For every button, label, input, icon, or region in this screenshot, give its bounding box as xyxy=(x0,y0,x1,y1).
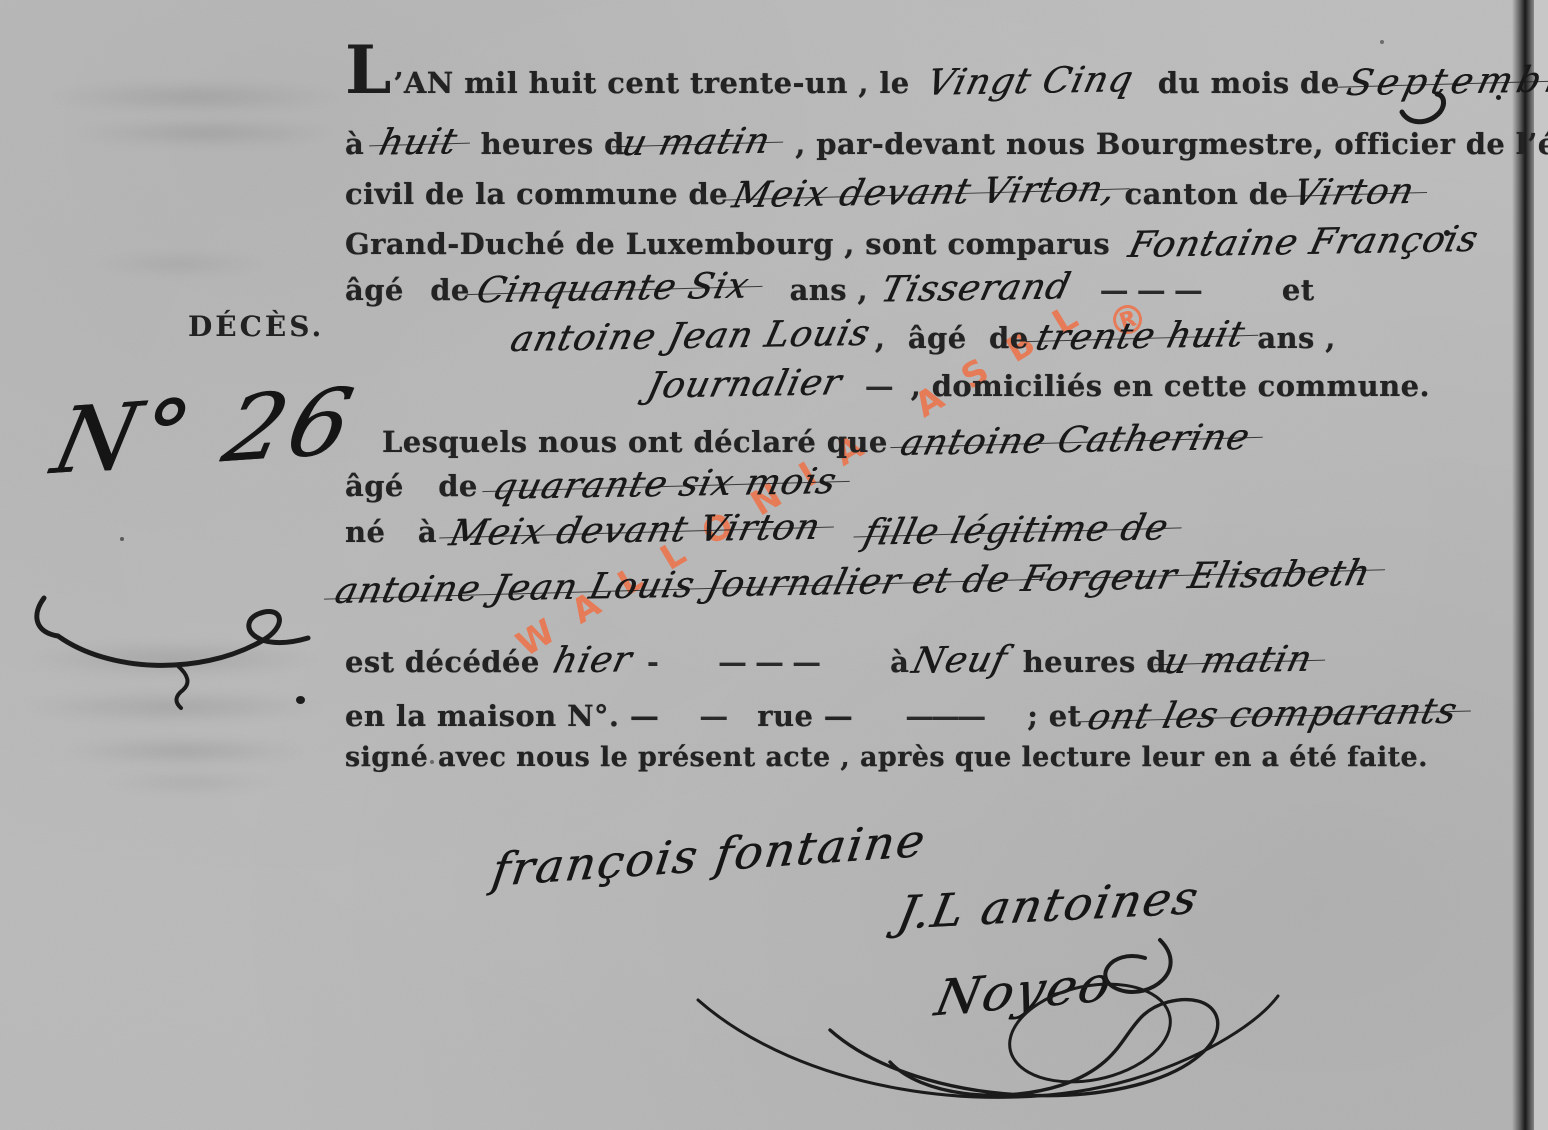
handwritten-commune: Meix devant Virton, xyxy=(728,169,1120,217)
ink-speck xyxy=(296,696,305,704)
adjacent-page-sliver xyxy=(1534,0,1548,1130)
bleed-through-ghost xyxy=(20,690,330,724)
printed-segment: âgé de xyxy=(345,273,470,307)
form-line-11: antoine Jean Louis Journalier et de Forg… xyxy=(338,562,1368,603)
printed-segment: ’AN mil huit cent trente-un , le xyxy=(393,66,909,100)
printed-segment: , par-devant nous Bourgmestre, officier … xyxy=(795,127,1548,161)
handwritten-birthplace: Meix devant Virton xyxy=(446,507,825,554)
form-line-6: antoine Jean Louis , âgé de trente huit … xyxy=(512,316,1336,357)
printed-segment: est décédée xyxy=(345,645,540,679)
form-line-2: à huit heures d u matin , par-devant nou… xyxy=(345,122,1548,163)
handwritten-profession-1: Tisserand xyxy=(877,266,1075,310)
ink-speck xyxy=(120,537,124,541)
page-edge-shadow xyxy=(1512,0,1536,1130)
blank-filler-dash: — — — xyxy=(1100,273,1202,307)
printed-segment: ans , xyxy=(790,273,868,307)
form-line-5: âgé de Cinquante Six ans , Tisserand — —… xyxy=(345,268,1315,309)
printed-segment: heures d xyxy=(481,127,625,161)
act-number-handwritten: N° 26 xyxy=(44,368,365,495)
printed-segment: Grand-Duché de Luxembourg , sont comparu… xyxy=(345,227,1110,261)
form-line-10: né à Meix devant Virton fille légitime d… xyxy=(345,510,1167,551)
handwritten-comparants: ont les comparants xyxy=(1084,691,1462,738)
form-line-8: Lesquels nous ont déclaré que antoine Ca… xyxy=(382,420,1248,461)
signature-francois-fontaine: françois fontaine xyxy=(489,813,930,897)
handwritten-age-2: trente huit xyxy=(1031,314,1248,359)
form-line-12: est décédée hier - — — — à Neuf heures d… xyxy=(345,640,1311,681)
form-line-14: signé avec nous le présent acte , après … xyxy=(345,742,1428,773)
printed-segment: né à xyxy=(345,515,437,549)
signature-bourgmestre: Noyeo xyxy=(930,955,1117,1028)
handwritten-declarant-2: antoine Jean Louis xyxy=(506,313,874,360)
handwritten-month: Septembre xyxy=(1342,59,1548,104)
printed-segment: , âgé de xyxy=(875,321,1029,355)
blank-filler-dash: — xyxy=(699,699,727,733)
blank-filler-dash: — xyxy=(865,369,893,403)
bleed-through-ghost xyxy=(70,118,340,148)
blank-filler-dash: - xyxy=(647,645,658,679)
handwritten-hour: huit xyxy=(375,121,461,163)
handwritten-deceased-name: antoine Catherine xyxy=(896,417,1253,464)
form-line-9: âgé de quarante six mois xyxy=(345,464,835,505)
handwritten-day: Vingt Cinq xyxy=(922,59,1137,104)
handwritten-canton: Virton xyxy=(1289,171,1418,214)
form-line-4: Grand-Duché de Luxembourg , sont comparu… xyxy=(345,222,1477,263)
bleed-through-ghost xyxy=(25,640,325,678)
drop-cap-initial: L xyxy=(345,46,391,96)
form-line-3: civil de la commune de Meix devant Virto… xyxy=(345,172,1414,213)
handwritten-death-hour: Neuf xyxy=(908,639,1011,682)
form-line-1: L ’AN mil huit cent trente-un , le Vingt… xyxy=(345,46,1548,102)
bleed-through-ghost xyxy=(100,770,280,796)
handwritten-matin: u matin xyxy=(618,121,775,165)
printed-segment: signé avec nous le présent acte , après … xyxy=(345,742,1428,773)
form-line-13: en la maison N°. — — rue — ——— ; et ont … xyxy=(345,694,1456,735)
printed-segment: à xyxy=(890,645,909,679)
printed-segment: et xyxy=(1282,273,1315,307)
bleed-through-ghost xyxy=(90,250,270,278)
handwritten-deceased-age: quarante six mois xyxy=(488,461,840,508)
printed-segment: âgé de xyxy=(345,469,478,503)
printed-segment: du mois de xyxy=(1158,66,1340,100)
scanned-register-page: DÉCÈS. N° 26 WALLONIA ASBL ® L ’AN mil h… xyxy=(0,0,1548,1130)
bleed-through-ghost xyxy=(45,80,345,114)
printed-segment: rue — xyxy=(757,699,853,733)
handwritten-death-matin: u matin xyxy=(1160,639,1317,683)
handwritten-age-1: Cinquante Six xyxy=(472,266,752,312)
signature-jl-antoine: J.L antoines xyxy=(893,870,1204,939)
printed-segment: en la maison N°. — xyxy=(345,699,659,733)
margin-label-deces: DÉCÈS. xyxy=(188,310,324,343)
handwritten-death-day: hier xyxy=(549,639,636,681)
printed-segment: , domiciliés en cette commune. xyxy=(911,369,1430,403)
blank-filler-dash: — — — xyxy=(718,645,820,679)
signature-flourish xyxy=(690,930,1290,1130)
handwritten-filiation: fille légitime de xyxy=(860,507,1173,553)
printed-segment: à xyxy=(345,127,364,161)
handwritten-declarant-1: Fontaine François xyxy=(1125,219,1483,266)
printed-segment: Lesquels nous ont déclaré que xyxy=(382,425,888,459)
handwritten-parents: antoine Jean Louis Journalier et de Forg… xyxy=(331,553,1375,612)
printed-segment: ans , xyxy=(1257,321,1335,355)
printed-segment: canton de xyxy=(1125,177,1289,211)
printed-segment: ; et xyxy=(1027,699,1081,733)
form-line-7: Journalier — , domiciliés en cette commu… xyxy=(648,364,1430,405)
bleed-through-ghost xyxy=(60,736,310,766)
printed-segment: civil de la commune de xyxy=(345,177,728,211)
ink-speck xyxy=(1380,40,1384,44)
handwritten-profession-2: Journalier xyxy=(643,362,846,406)
blank-filler-dash: ——— xyxy=(905,699,983,733)
printed-segment: heures d xyxy=(1023,645,1167,679)
